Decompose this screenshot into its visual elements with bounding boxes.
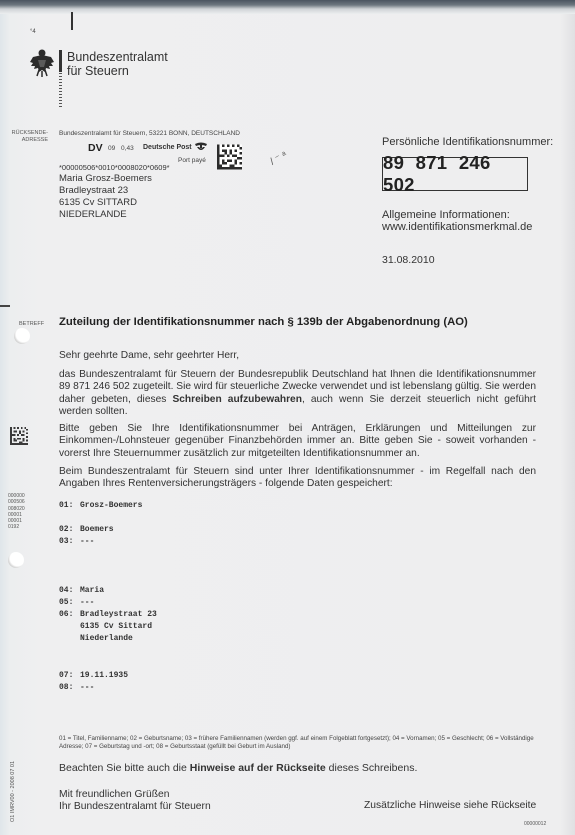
- dv-numbers: 09 0,43: [108, 145, 134, 152]
- data-value: ---: [80, 597, 94, 609]
- document-code: 00000012: [524, 821, 546, 827]
- closing-signature: Ihr Bundeszentralamt für Steuern: [59, 801, 211, 813]
- data-value: ---: [80, 536, 94, 548]
- back-note: Zusätzliche Hinweise siehe Rückseite: [364, 800, 536, 811]
- addressee-name: Maria Grosz-Boemers: [59, 173, 152, 185]
- pid-box: 89 871 246 502: [382, 157, 528, 191]
- data-key: 06:: [59, 609, 80, 621]
- letter-subject: Zuteilung der Identifikationsnummer nach…: [59, 316, 468, 328]
- general-info-label: Allgemeine Informationen:: [382, 209, 532, 221]
- authority-name: Bundeszentralamt für Steuern: [67, 50, 168, 78]
- notice-end: dieses Schreibens.: [326, 762, 418, 774]
- carrier-name: Deutsche Post: [143, 144, 192, 151]
- fold-mark: [71, 12, 73, 30]
- data-key: 05:: [59, 597, 80, 609]
- betreff-label: BETREFF: [19, 321, 44, 327]
- port-paye: Port payé: [178, 157, 206, 164]
- data-key: 07:: [59, 670, 80, 682]
- general-info: Allgemeine Informationen: www.identifika…: [382, 209, 532, 233]
- data-key: [59, 633, 80, 645]
- datamatrix-code-icon: [217, 144, 242, 170]
- data-value: Maria: [80, 585, 104, 597]
- side-code: 0192: [8, 524, 25, 530]
- paragraph-1-bold: Schreiben aufzubewahren: [172, 394, 302, 405]
- federal-eagle-icon: [29, 48, 55, 78]
- data-key: 01:: [59, 500, 80, 512]
- punch-hole: [14, 328, 30, 344]
- torn-paper-edge: [0, 0, 575, 14]
- paragraph-3: Beim Bundeszentralamt für Steuern sind u…: [59, 466, 536, 491]
- greeting: Sehr geehrte Dame, sehr geehrter Herr,: [59, 350, 536, 362]
- return-address: Bundeszentralamt für Steuern, 53221 BONN…: [59, 130, 240, 137]
- closing-greeting: Mit freundlichen Grüßen: [59, 789, 211, 801]
- return-address-label: RÜCKSENDE- ADRESSE: [4, 130, 48, 144]
- stored-data-07-08: 07:19.11.1935 08:---: [59, 670, 128, 694]
- data-value: 6135 Cv Sittard: [80, 621, 152, 633]
- data-key: [59, 621, 80, 633]
- postal-barcode-line: *00000506*0010*0008020*0609*: [59, 163, 170, 172]
- general-info-url[interactable]: www.identifikationsmerkmal.de: [382, 221, 532, 233]
- addressee-city: 6135 Cv SITTARD: [59, 197, 152, 209]
- letter-date: 31.08.2010: [382, 254, 435, 266]
- side-datamatrix-icon: [10, 427, 28, 445]
- data-value: Niederlande: [80, 633, 133, 645]
- form-code-vertical: O1 IMRV00 - 2008 07 01: [10, 742, 16, 822]
- letter-page: °4 Bundeszentralamt für Steuern RÜCKSEND…: [0, 0, 575, 835]
- fold-mark-left: [0, 305, 10, 307]
- stored-data-04-06: 04:Maria 05:--- 06:Bradleystraat 23 6135…: [59, 585, 157, 645]
- data-key: 02:: [59, 524, 80, 536]
- addressee-country: NIEDERLANDE: [59, 209, 152, 221]
- authority-name-line1: Bundeszentralamt: [67, 50, 168, 64]
- back-side-notice: Beachten Sie bitte auch die Hinweise auf…: [59, 762, 417, 774]
- data-value: 19.11.1935: [80, 670, 128, 682]
- side-code: 000506: [8, 499, 25, 505]
- post-horn-icon: [194, 141, 208, 153]
- data-value: Boemers: [80, 524, 114, 536]
- logo-barcode: [59, 73, 62, 109]
- punch-hole: [8, 552, 24, 568]
- data-value: ---: [80, 682, 94, 694]
- data-value: Bradleystraat 23: [80, 609, 157, 621]
- paragraph-1: das Bundeszentralamt für Steuern der Bun…: [59, 369, 536, 419]
- data-key: 08:: [59, 682, 80, 694]
- corner-mark: °4: [30, 29, 36, 35]
- data-key: 03:: [59, 536, 80, 548]
- logo-bar: [59, 50, 62, 72]
- paragraph-2: Bitte geben Sie Ihre Identifikationsnumm…: [59, 423, 536, 460]
- pid-value: 89 871 246 502: [383, 152, 527, 196]
- notice-bold: Hinweise auf der Rückseite: [190, 762, 326, 774]
- notice-text: Beachten Sie bitte auch die: [59, 762, 190, 774]
- side-code: 008020: [8, 506, 25, 512]
- pid-label: Persönliche Identifikationsnummer:: [382, 136, 553, 148]
- authority-name-line2: für Steuern: [67, 64, 168, 78]
- data-key: 04:: [59, 585, 80, 597]
- addressee-block: Maria Grosz-Boemers Bradleystraat 23 613…: [59, 173, 152, 221]
- side-codes: 000000 000506 008020 00001 00001 0192: [8, 493, 25, 531]
- dv-mark: DV: [88, 142, 103, 154]
- footnote-legend: 01 = Titel, Familienname; 02 = Geburtsna…: [59, 735, 549, 750]
- addressee-street: Bradleystraat 23: [59, 185, 152, 197]
- closing: Mit freundlichen Grüßen Ihr Bundeszentra…: [59, 789, 211, 813]
- stored-data-02-03: 02:Boemers 03:---: [59, 524, 114, 548]
- pen-mark: / ⁻ ᵃ: [268, 149, 289, 167]
- stored-data-01: 01:Grosz-Boemers: [59, 500, 142, 512]
- data-value: Grosz-Boemers: [80, 500, 142, 512]
